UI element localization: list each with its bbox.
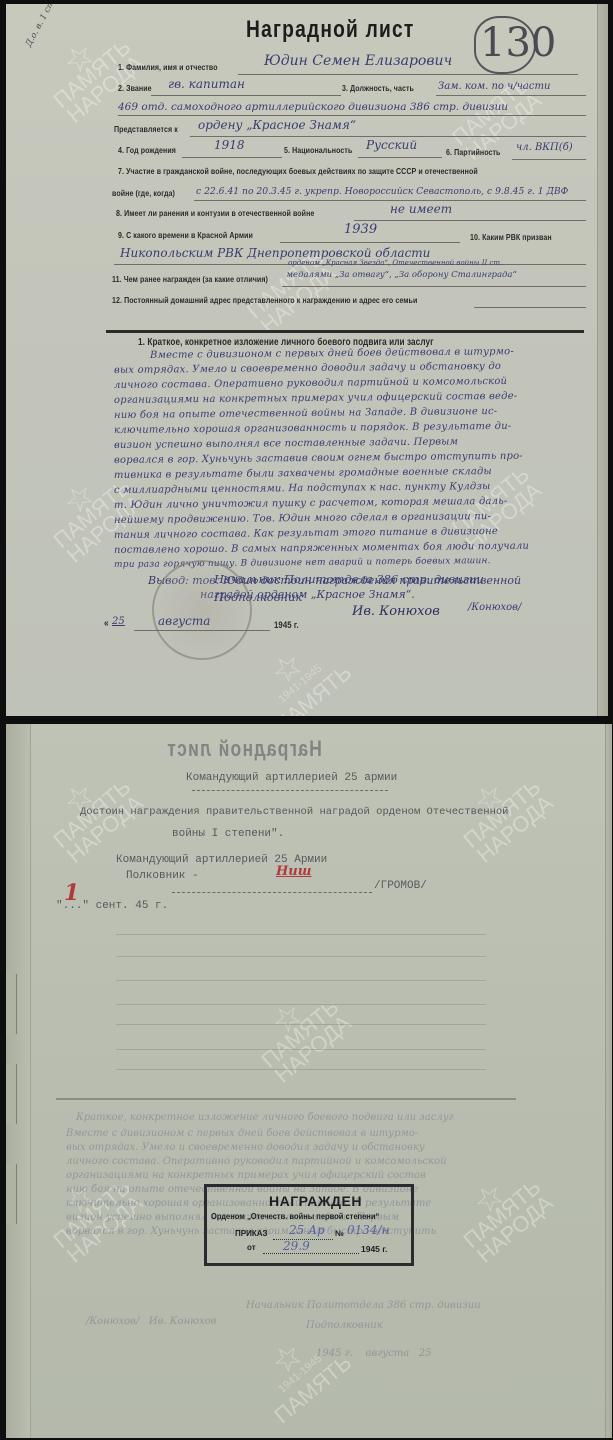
field-value-awards-b: медалями „За отвагу“, „За оборону Сталин… (286, 270, 517, 280)
stamp-line (263, 1253, 359, 1254)
field-label-party: 6. Партийность (446, 147, 500, 157)
field-value-unit: 469 отд. самоходного артиллерийского див… (118, 101, 508, 113)
field-line (280, 242, 460, 243)
signature-title: Начальник Политотдела 386 стр. дивизии (214, 572, 484, 586)
signature-rank: Подполковник (214, 590, 302, 604)
field-label-awards: 11. Чем ранее награжден (за какие отличи… (112, 274, 268, 284)
field-line (512, 159, 586, 160)
field-line (182, 157, 282, 158)
star-icon: ☆ (38, 21, 122, 96)
field-label-nationality: 5. Национальность (284, 145, 352, 155)
typed-line: Достоин награждения правительственной на… (80, 806, 508, 818)
typed-line: /ГРОМОВ/ (374, 880, 427, 892)
field-label-presented: Представляется к (114, 124, 178, 134)
star-icon: ☆ (38, 461, 122, 536)
field-label-rvk: 10. Каким РВК призван (470, 232, 552, 242)
date-month: августа (158, 614, 210, 628)
field-line (474, 307, 586, 308)
field-line (194, 200, 586, 201)
watermark: ☆ПАМЯТЬНАРОДА (448, 1161, 557, 1266)
stamp-order-label: ПРИКАЗ (235, 1229, 268, 1238)
star-icon: ☆ (448, 761, 532, 836)
star-icon: ☆ (246, 631, 330, 706)
field-line (134, 630, 270, 631)
stamp-order-army: 25 Ар (289, 1223, 325, 1237)
field-value-rank: гв. капитан (168, 77, 245, 91)
field-label-birth-year: 4. Год рождения (118, 145, 176, 155)
star-icon: ☆ (38, 761, 122, 836)
award-stamp: НАГРАЖДЕН Орденом „Отечеств. войны перво… (204, 1184, 414, 1266)
field-line (190, 136, 586, 137)
stamp-year: 1945 г. (361, 1244, 387, 1254)
field-value-wounds: не имеет (390, 202, 452, 216)
section-divider (106, 330, 584, 333)
award-sheet-page-1: ☆ПАМЯТЬНАРОДА ПАМЯТЬНАРОДА ☆ПАМЯТЬНАРОДА… (6, 4, 608, 716)
stamp-number-sign: № (335, 1229, 344, 1238)
stamp-title: НАГРАЖДЕН (269, 1193, 362, 1209)
field-label-name: 1. Фамилия, имя и отчество (118, 62, 218, 72)
typed-line: войны I степени". (172, 828, 284, 840)
watermark: ☆ПАМЯТЬНАРОДА (246, 981, 355, 1086)
field-value-army-since: 1939 (344, 222, 377, 237)
field-line (354, 220, 586, 221)
field-label-address: 12. Постоянный домашний адрес представле… (112, 295, 417, 305)
star-icon: ☆ (246, 981, 330, 1056)
corner-mark: 130 (474, 16, 536, 74)
watermark: ☆1941-1945ПАМЯТЬ (246, 631, 355, 716)
field-line (282, 286, 586, 287)
field-label-army-since: 9. С какого времени в Красной Армии (118, 230, 253, 240)
field-value-birth-year: 1918 (214, 138, 245, 152)
date-day: 25 (112, 616, 125, 627)
field-line (238, 74, 578, 75)
signature: Ив. Конюхов (352, 604, 440, 619)
award-sheet-page-2: ☆ПАМЯТЬНАРОДА ☆ПАМЯТЬНАРОДА ☆ПАМЯТЬНАРОД… (6, 724, 612, 1438)
date-open-quote: « (104, 618, 109, 629)
dashed-line (172, 892, 372, 893)
margin-note: Д.о. в. 1 степ. (24, 4, 63, 49)
field-value-nationality: Русский (366, 138, 417, 152)
field-value-presented: ордену „Красное Знамя“ (198, 118, 356, 132)
field-label-rank: 2. Звание (118, 83, 152, 93)
field-line (118, 115, 586, 116)
field-line (436, 95, 586, 96)
field-value-awards-a: орденом „Красная Звезда“, Отечественной … (288, 259, 502, 267)
page-edge (605, 724, 612, 1438)
stamp-date-label: от (247, 1243, 256, 1252)
red-signature: Ниш (276, 864, 312, 879)
field-value-participation: с 22.6.41 по 20.3.45 г. укрепр. Новоросс… (196, 186, 568, 197)
stamp-order-number: 0134/н (347, 1223, 390, 1237)
field-label-position: 3. Должность, часть (342, 83, 414, 93)
bleed-through-title: Наградной лист (166, 736, 322, 762)
field-line (358, 157, 442, 158)
stamp-award-line: Орденом „Отечеств. войны первой степени“ (211, 1212, 379, 1221)
page-edge (597, 4, 608, 716)
field-label-participation: 7. Участие в гражданской войне, последую… (118, 166, 478, 176)
typed-line: Полковник - (126, 870, 199, 882)
dashed-line (192, 790, 388, 791)
star-icon: ☆ (448, 1161, 532, 1236)
page-title: Наградной лист (246, 16, 414, 44)
field-value-position: Зам. ком. по ч/части (438, 81, 550, 92)
stamp-date-value: 29.9 (283, 1239, 310, 1253)
watermark: ☆1941-1945ПАМЯТЬ (246, 1321, 355, 1426)
field-label-participation-b: войне (где, когда) (112, 188, 175, 198)
field-label-wounds: 8. Имеет ли ранения и контузии в отечест… (116, 208, 314, 218)
date-year: 1945 г. (274, 620, 299, 631)
field-line (151, 95, 341, 96)
binding-strip (6, 724, 31, 1438)
red-mark: 1 (64, 880, 79, 906)
signature-name: /Конюхов/ (468, 602, 521, 613)
field-value-name: Юдин Семен Елизарович (264, 53, 452, 69)
section-heading: 1. Краткое, конкретное изложение личного… (138, 337, 434, 348)
field-value-rvk: Никопольским РВК Днепропетровской област… (120, 246, 430, 260)
typed-line: Командующий артиллерией 25 армии (186, 772, 397, 784)
field-value-party: чл. ВКП(б) (516, 142, 573, 153)
